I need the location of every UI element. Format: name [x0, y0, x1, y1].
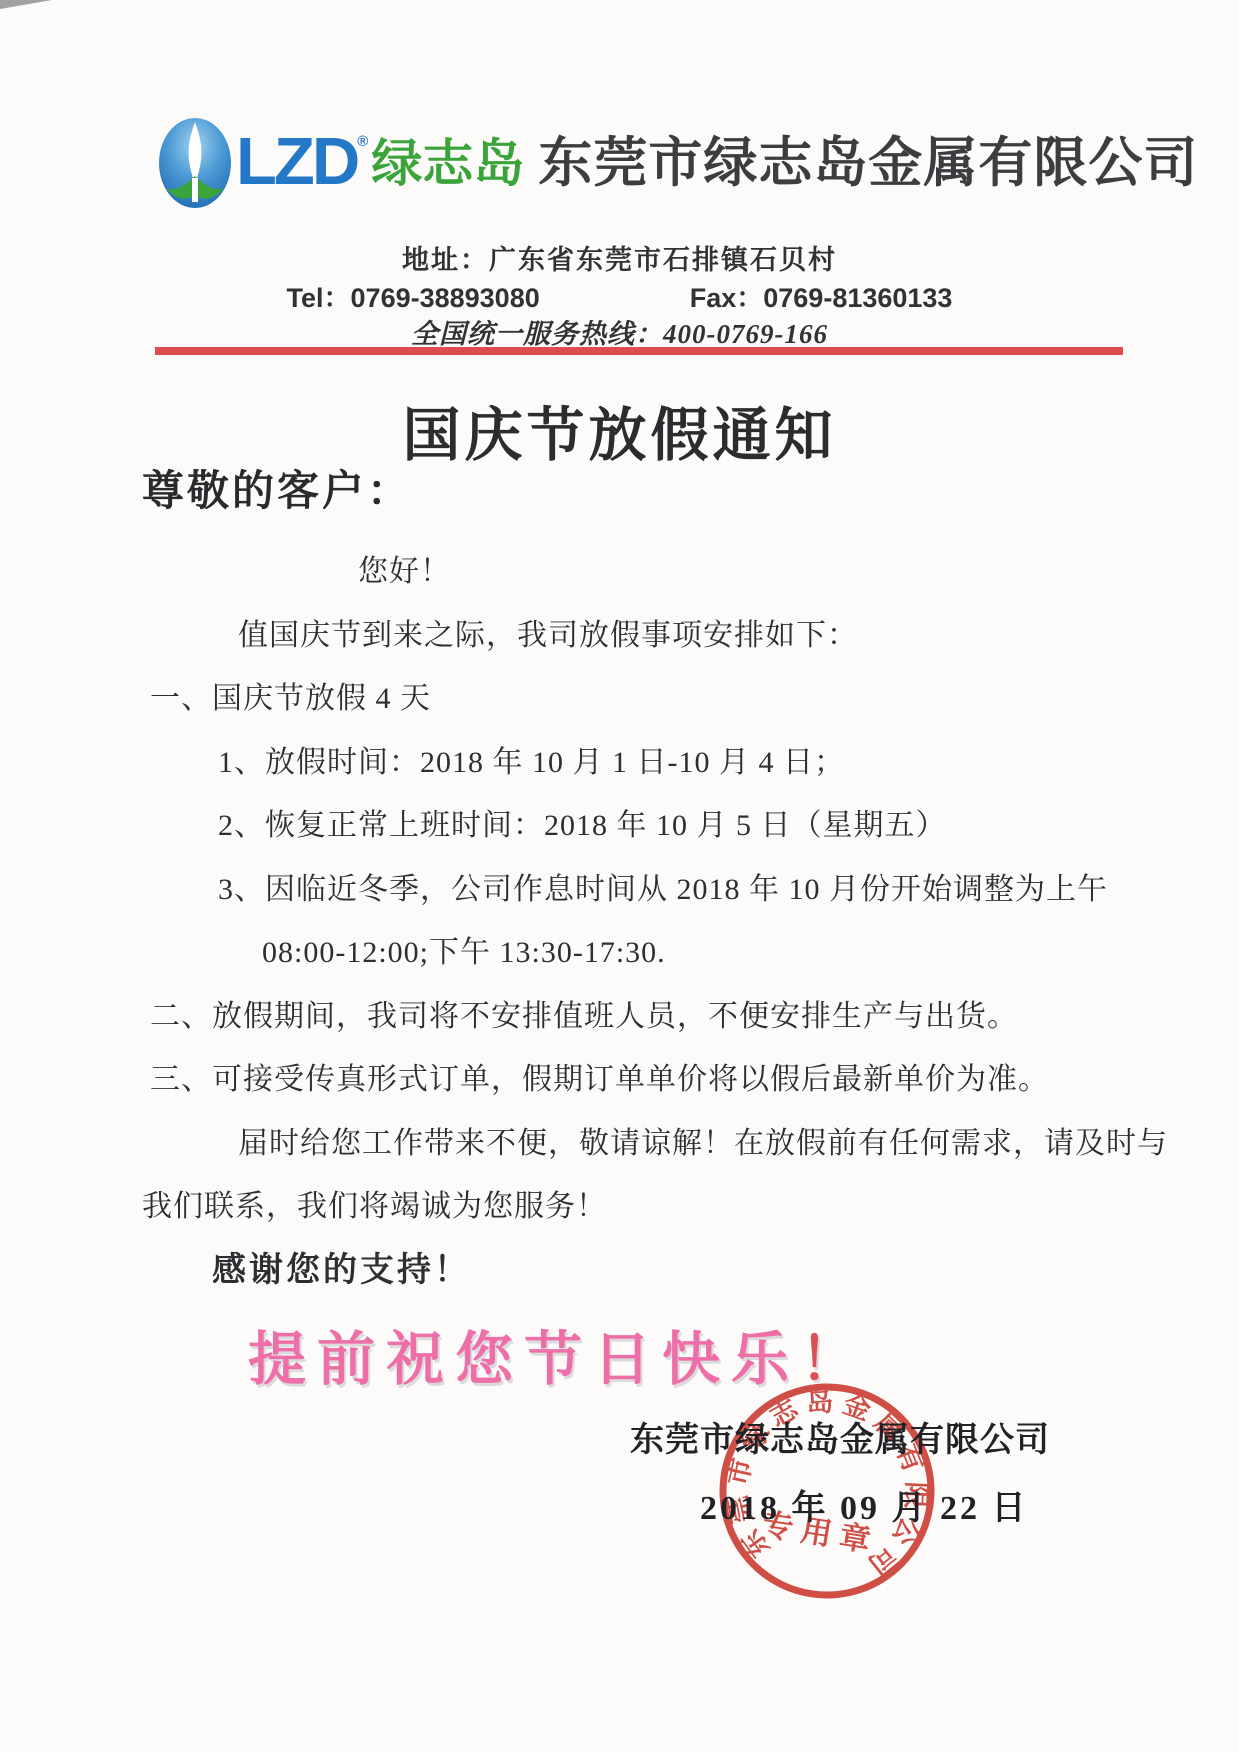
tel-number: Tel：0769-38893080: [287, 276, 540, 315]
body-line: 届时给您工作带来不便，敬请谅解！在放假前有任何需求，请及时与: [0, 1112, 1239, 1176]
signature-date: 2018 年 09 月 22 日: [700, 1480, 1029, 1529]
body-line: 二、放假期间，我司将不安排值班人员，不便安排生产与出货。: [0, 985, 1239, 1049]
company-logo: LZD® 绿志岛 东莞市绿志岛金属有限公司: [158, 116, 1198, 210]
logo-chinese-text: 绿志岛: [371, 138, 524, 189]
body-line: 1、放假时间：2018 年 10 月 1 日-10 月 4 日；: [0, 731, 1239, 795]
body-line: 2、恢复正常上班时间：2018 年 10 月 5 日（星期五）: [0, 794, 1239, 858]
lzd-island-globe-icon: [158, 116, 232, 210]
registered-mark-icon: ®: [357, 133, 368, 150]
company-address: 地址：广东省东莞市石排镇石贝村: [0, 238, 1239, 277]
body-line: 我们联系，我们将竭诚为您服务！: [0, 1175, 1239, 1239]
signature-company: 东莞市绿志岛金属有限公司: [630, 1412, 1050, 1461]
tel-fax-row: Tel：0769-38893080 Fax：0769-81360133: [0, 276, 1239, 315]
salutation: 尊敬的客户：: [142, 458, 412, 518]
body-line: 三、可接受传真形式订单，假期订单单价将以假后最新单价为准。: [0, 1048, 1239, 1112]
thanks-line: 感谢您的支持！: [0, 1239, 1239, 1303]
scan-artifact: [0, 0, 52, 9]
body-line: 3、因临近冬季，公司作息时间从 2018 年 10 月份开始调整为上午: [0, 858, 1239, 922]
fax-number: Fax：0769-81360133: [690, 276, 953, 315]
body-line: 您好！: [0, 540, 1239, 604]
logo-lzd-text: LZD®: [236, 128, 368, 195]
scanned-notice-page: LZD® 绿志岛 东莞市绿志岛金属有限公司 地址：广东省东莞市石排镇石贝村 Te…: [0, 0, 1239, 1752]
body-line: 08:00-12:00;下午 13:30-17:30.: [0, 921, 1239, 985]
body-line: 一、国庆节放假 4 天: [0, 667, 1239, 731]
notice-body: 您好！ 值国庆节到来之际，我司放假事项安排如下： 一、国庆节放假 4 天 1、放…: [0, 540, 1239, 1302]
header-company-name: 东莞市绿志岛金属有限公司: [538, 136, 1198, 190]
service-hotline: 全国统一服务热线：400-0769-166: [0, 312, 1239, 351]
header-divider-line: [155, 347, 1123, 355]
body-line: 值国庆节到来之际，我司放假事项安排如下：: [0, 604, 1239, 668]
